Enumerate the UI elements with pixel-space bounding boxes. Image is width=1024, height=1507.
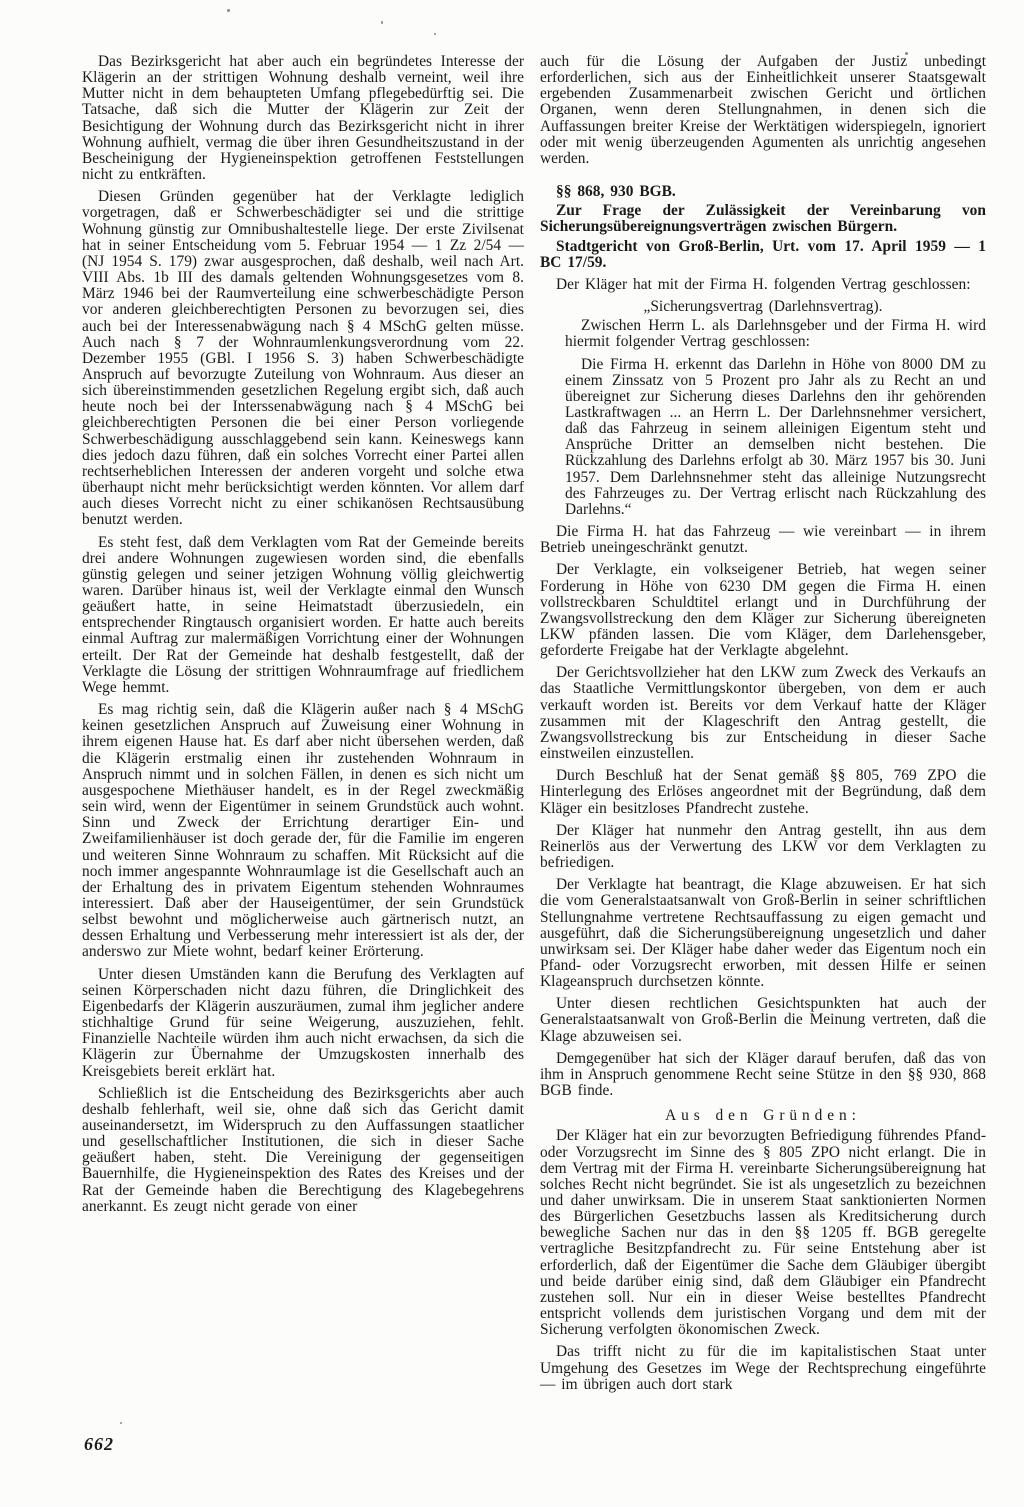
case-reference: Stadtgericht von Groß-Berlin, Urt. vom 1… — [540, 239, 986, 271]
scan-speck — [227, 9, 230, 12]
paragraph: Der Kläger hat mit der Firma H. folgende… — [540, 277, 986, 293]
contract-title: „Sicherungsvertrag (Darlehnsvertrag). — [540, 299, 986, 315]
page-number: 662 — [84, 1434, 114, 1455]
section-heading: Aus den Gründen: — [540, 1108, 986, 1124]
statute-heading: §§ 868, 930 BGB. — [540, 184, 986, 200]
paragraph: Der Gerichtsvollzieher hat den LKW zum Z… — [540, 665, 986, 762]
paragraph: Das Bezirksgericht hat aber auch ein beg… — [82, 54, 524, 183]
scan-speck — [381, 21, 383, 24]
headnote: Zur Frage der Zulässigkeit der Vereinbar… — [540, 203, 986, 235]
continuation-paragraph: auch für die Lösung der Aufgaben der Jus… — [540, 54, 986, 167]
paragraph: Schließlich ist die Entscheidung des Bez… — [82, 1086, 524, 1215]
contract-clause: Zwischen Herrn L. als Darlehnsgeber und … — [565, 318, 986, 350]
paragraph: Der Kläger hat ein zur bevorzugten Befri… — [540, 1128, 986, 1338]
right-column: auch für die Lösung der Aufgaben der Jus… — [540, 54, 986, 1399]
document-page: Das Bezirksgericht hat aber auch ein beg… — [0, 0, 1024, 1507]
paragraph: Es steht fest, daß dem Verklagten vom Ra… — [82, 535, 524, 697]
paragraph: Durch Beschluß hat der Senat gemäß §§ 80… — [540, 768, 986, 816]
paragraph: Diesen Gründen gegenüber hat der Verklag… — [82, 189, 524, 528]
paragraph: Das trifft nicht zu für die im kapitalis… — [540, 1344, 986, 1392]
paragraph: Der Verklagte hat beantragt, die Klage a… — [540, 877, 986, 990]
paragraph: Der Kläger hat nunmehr den Antrag gestel… — [540, 823, 986, 871]
paragraph: Der Verklagte, ein volkseigener Betrieb,… — [540, 562, 986, 659]
scan-speck — [120, 1422, 122, 1424]
paragraph: Demgegenüber hat sich der Kläger darauf … — [540, 1051, 986, 1099]
left-column: Das Bezirksgericht hat aber auch ein beg… — [82, 54, 524, 1221]
paragraph: Die Firma H. hat das Fahrzeug — wie vere… — [540, 524, 986, 556]
scan-speck — [434, 33, 436, 35]
paragraph: Unter diesen rechtlichen Gesichtspunkten… — [540, 996, 986, 1044]
paragraph: Unter diesen Umständen kann die Berufung… — [82, 967, 524, 1080]
contract-clause: Die Firma H. erkennt das Darlehn in Höhe… — [565, 357, 986, 519]
paragraph: Es mag richtig sein, daß die Klägerin au… — [82, 702, 524, 961]
